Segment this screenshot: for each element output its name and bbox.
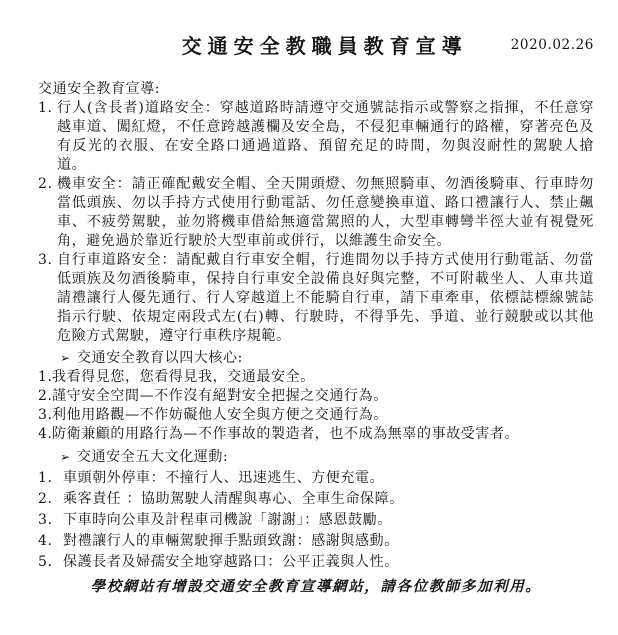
section-heading: 交通安全教育以四大核心: — [77, 349, 243, 368]
document-title: 交通安全教職員教育宣導 — [182, 30, 468, 59]
item-number: 2. — [38, 387, 52, 406]
list-item-bicycle-safety: 3. 自行車道路安全：請配戴自行車安全帽，行進間勿以手持方式使用行動電話、勿當低… — [38, 251, 594, 346]
document-header: 交通安全教職員教育宣導 2020.02.26 — [38, 30, 594, 58]
item-text: 下車時向公車及計程車司機說「謝謝」：感恩鼓勵。 — [63, 510, 594, 531]
core-item: 1. 我看得見您，您看得見我，交通最安全。 — [38, 368, 594, 387]
section-heading: 交通安全五大文化運動: — [77, 447, 228, 468]
core-item: 4. 防衛兼顧的用路行為—不作事故的製造者，也不成為無辜的事故受害者。 — [38, 425, 594, 444]
item-text: 利他用路觀—不作妨礙他人安全與方便之交通行為。 — [52, 406, 594, 425]
item-text: 謹守安全空間—不作沒有絕對安全把握之交通行為。 — [52, 387, 594, 406]
item-text: 車頭朝外停車：不撞行人、迅速逃生、方便充電。 — [63, 468, 594, 489]
core-item: 2. 謹守安全空間—不作沒有絕對安全把握之交通行為。 — [38, 387, 594, 406]
document-date: 2020.02.26 — [511, 37, 594, 53]
item-number: 1. — [38, 99, 57, 175]
culture-item: 3. 下車時向公車及計程車司機說「謝謝」：感恩鼓勵。 — [38, 510, 594, 531]
list-item-motorcycle-safety: 2. 機車安全：請正確配戴安全帽、全天開頭燈、勿無照騎車、勿酒後騎車、行車時勿當… — [38, 175, 594, 251]
core-item: 3. 利他用路觀—不作妨礙他人安全與方便之交通行為。 — [38, 406, 594, 425]
item-text: 保護長者及婦孺安全地穿越路口：公平正義與人性。 — [63, 552, 594, 573]
item-number: 4. — [38, 425, 52, 444]
footer-note: 學校網站有增設交通安全教育宣導網站，請各位教師多加利用。 — [38, 577, 594, 596]
section-five-culture-movements: ➢ 交通安全五大文化運動: 1. 車頭朝外停車：不撞行人、迅速逃生、方便充電。 … — [38, 447, 594, 573]
document-body: 交通安全教育宣導: 1. 行人(含長者)道路安全：穿越道路時請遵守交通號誌指示或… — [38, 80, 594, 596]
culture-item: 2. 乘客責任 ：協助駕駛人清醒與專心、全車生命保障。 — [38, 489, 594, 510]
item-text: 行人(含長者)道路安全：穿越道路時請遵守交通號誌指示或警察之指揮，不任意穿越車道… — [57, 99, 594, 175]
arrow-bullet-icon: ➢ — [60, 447, 77, 468]
item-number: 2. — [38, 175, 57, 251]
item-number: 2. — [38, 489, 63, 510]
item-number: 1. — [38, 368, 52, 387]
list-item-pedestrian-safety: 1. 行人(含長者)道路安全：穿越道路時請遵守交通號誌指示或警察之指揮，不任意穿… — [38, 99, 594, 175]
item-text: 我看得見您，您看得見我，交通最安全。 — [52, 368, 594, 387]
item-text: 乘客責任 ：協助駕駛人清醒與專心、全車生命保障。 — [63, 489, 594, 510]
item-text: 機車安全：請正確配戴安全帽、全天開頭燈、勿無照騎車、勿酒後騎車、行車時勿當低頭族… — [57, 175, 594, 251]
culture-item: 5. 保護長者及婦孺安全地穿越路口：公平正義與人性。 — [38, 552, 594, 573]
item-text: 自行車道路安全：請配戴自行車安全帽，行進間勿以手持方式使用行動電話、勿當低頭族及… — [57, 251, 594, 346]
intro-heading: 交通安全教育宣導: — [38, 80, 594, 99]
item-number: 3. — [38, 406, 52, 425]
item-number: 3. — [38, 510, 63, 531]
arrow-bullet-icon: ➢ — [60, 349, 77, 368]
section-heading-row: ➢ 交通安全五大文化運動: — [60, 447, 594, 468]
document-page: 交通安全教職員教育宣導 2020.02.26 交通安全教育宣導: 1. 行人(含… — [0, 0, 618, 635]
item-text: 對禮讓行人的車輛駕駛揮手點頭致謝：感謝與感動。 — [63, 531, 594, 552]
culture-item: 4. 對禮讓行人的車輛駕駛揮手點頭致謝：感謝與感動。 — [38, 531, 594, 552]
item-number: 1. — [38, 468, 63, 489]
item-number: 3. — [38, 251, 57, 346]
item-text: 防衛兼顧的用路行為—不作事故的製造者，也不成為無辜的事故受害者。 — [52, 425, 594, 444]
item-number: 4. — [38, 531, 63, 552]
section-heading-row: ➢ 交通安全教育以四大核心: — [60, 349, 594, 368]
culture-item: 1. 車頭朝外停車：不撞行人、迅速逃生、方便充電。 — [38, 468, 594, 489]
section-four-cores: ➢ 交通安全教育以四大核心: 1. 我看得見您，您看得見我，交通最安全。 2. … — [38, 349, 594, 444]
item-number: 5. — [38, 552, 63, 573]
